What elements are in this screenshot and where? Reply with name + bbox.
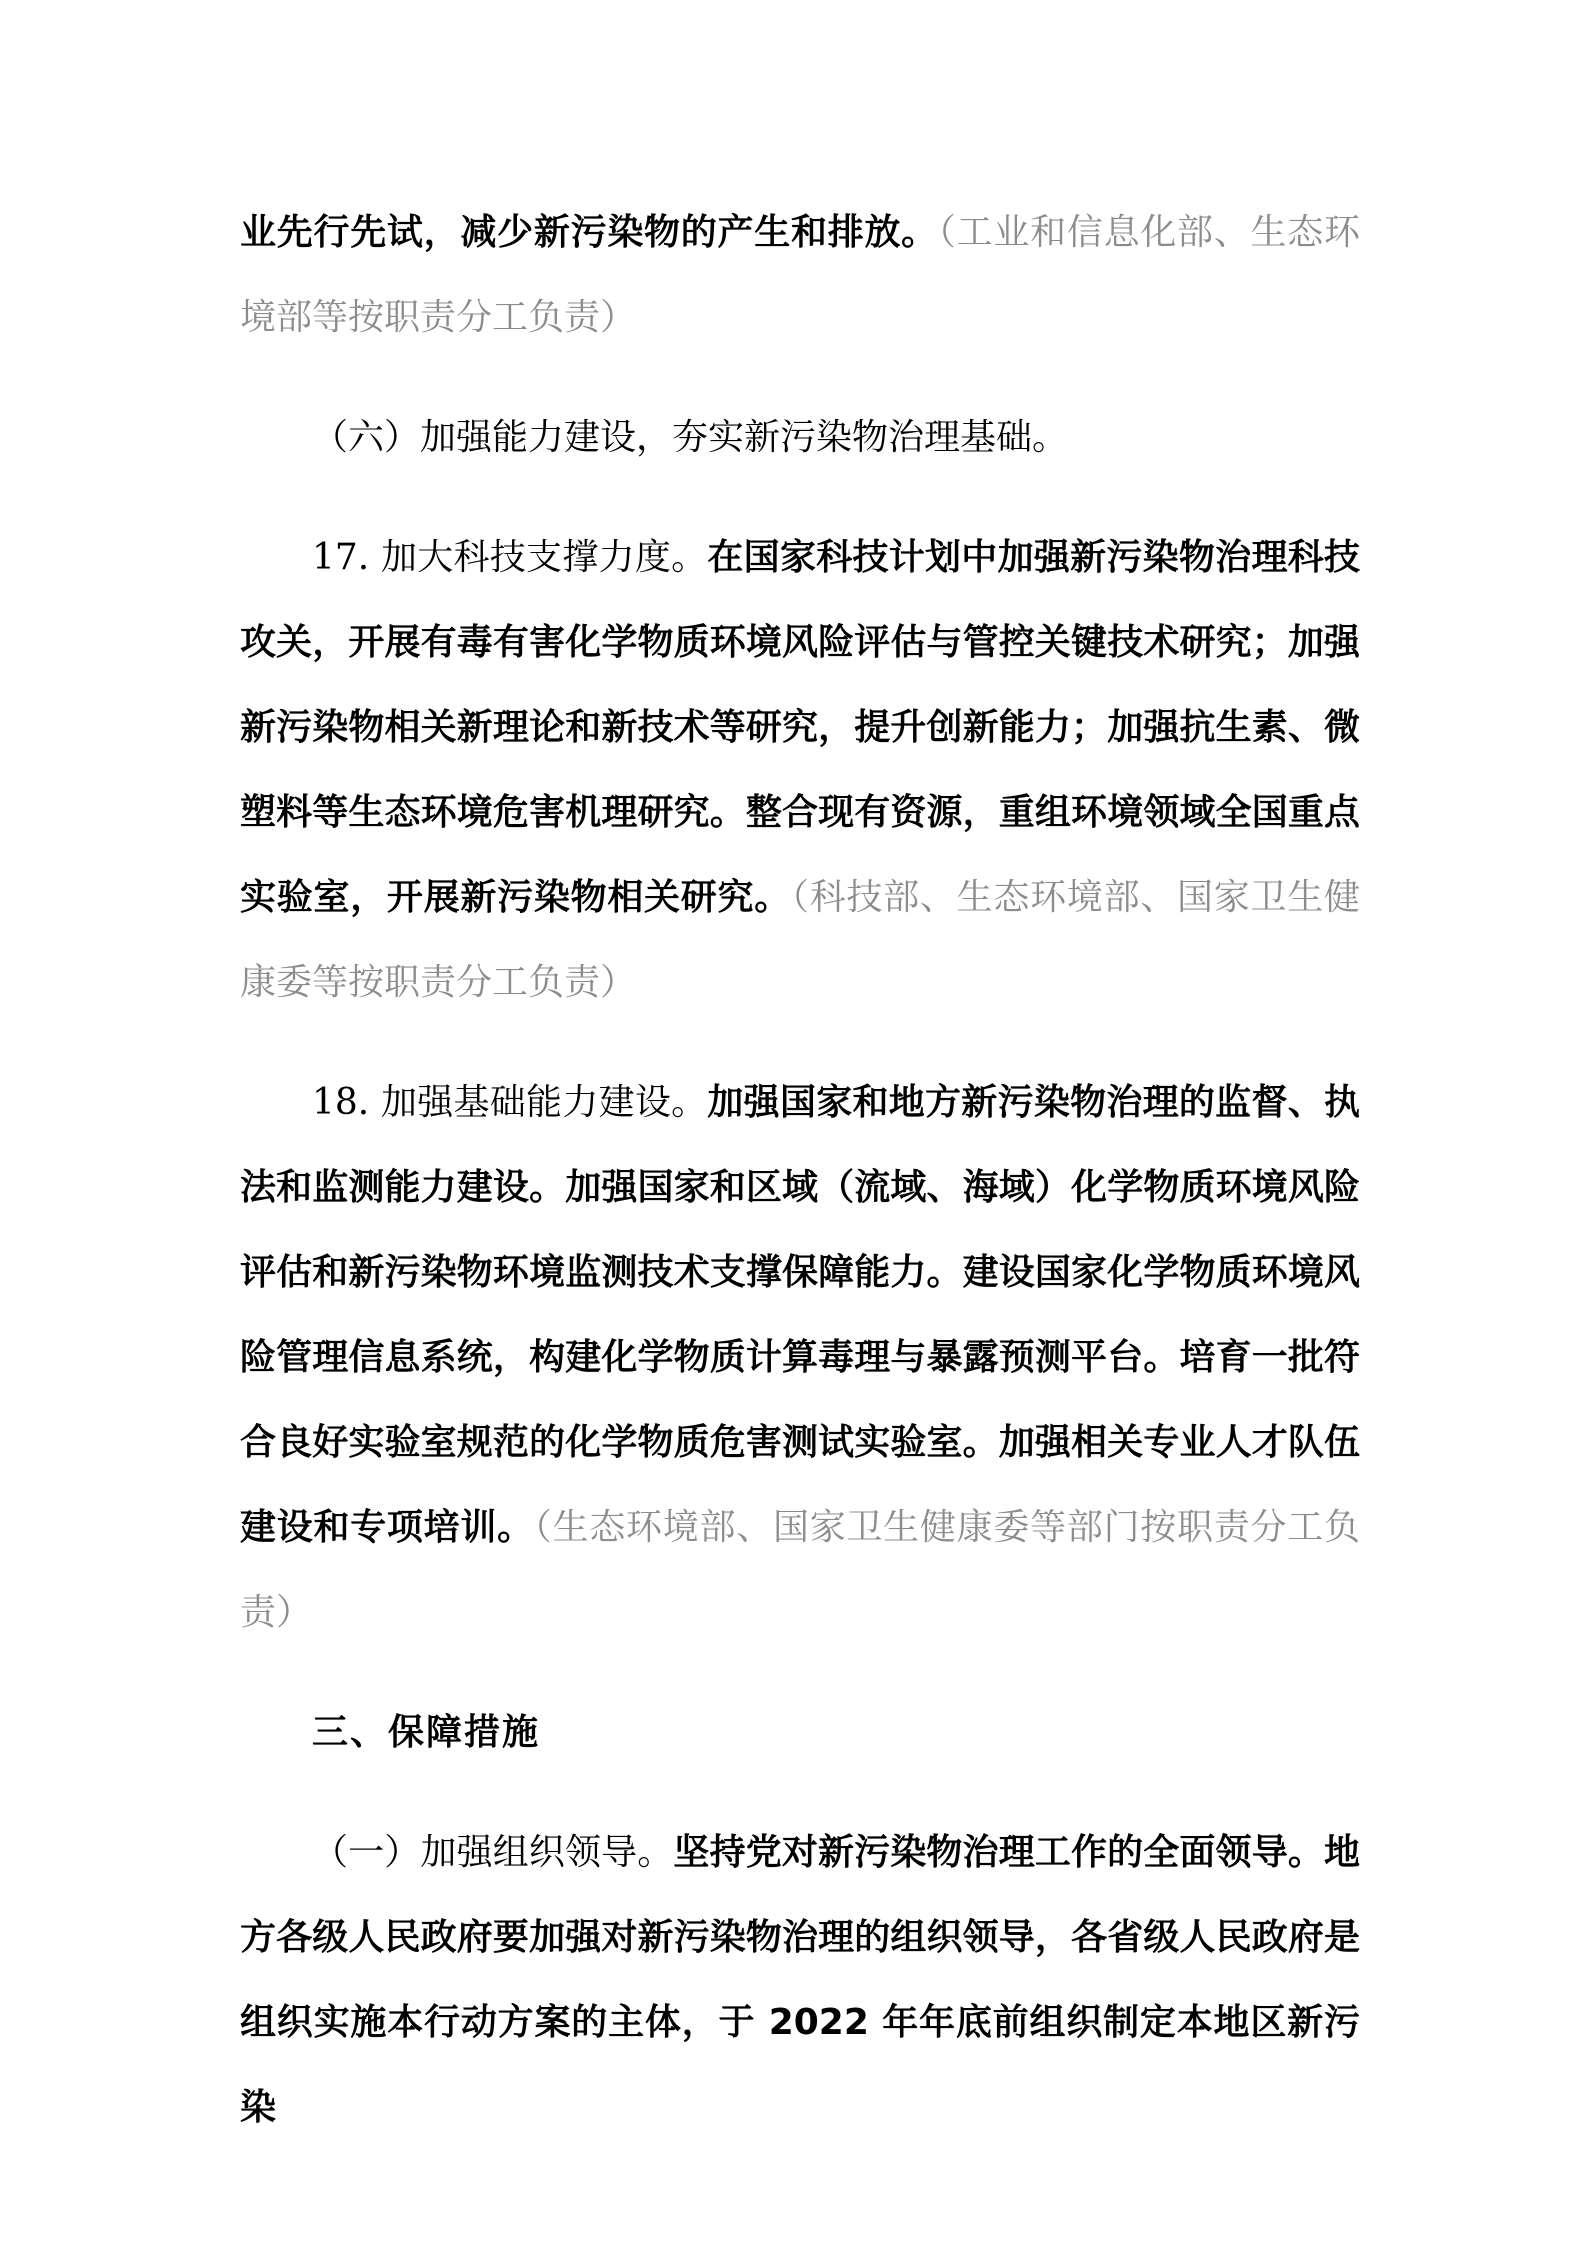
paragraph-item-18: 18. 加强基础能力建设。加强国家和地方新污染物治理的监督、执法和监测能力建设。… — [240, 1060, 1360, 1655]
paragraph-item-one: （一）加强组织领导。坚持党对新污染物治理工作的全面领导。地方各级人民政府要加强对… — [240, 1810, 1360, 2150]
item-17-body-text: 在国家科技计划中加强新污染物治理科技攻关，开展有毒有害化学物质环境风险评估与管控… — [240, 537, 1360, 918]
section-heading-text: 三、保障措施 — [312, 1712, 540, 1753]
item-17-lead-text: 17. 加大科技支撑力度。 — [312, 537, 707, 578]
section-heading-three: 三、保障措施 — [240, 1690, 1360, 1775]
document-page: 业先行先试，减少新污染物的产生和排放。（工业和信息化部、生态环境部等按职责分工负… — [0, 0, 1587, 2245]
paragraph-body-text: 业先行先试，减少新污染物的产生和排放。 — [240, 212, 938, 253]
item-18-body-text: 加强国家和地方新污染物治理的监督、执法和监测能力建设。加强国家和区域（流域、海域… — [240, 1082, 1360, 1548]
sub-section-heading-text: （六）加强能力建设，夯实新污染物治理基础。 — [312, 417, 1068, 458]
paragraph-item-17: 17. 加大科技支撑力度。在国家科技计划中加强新污染物治理科技攻关，开展有毒有害… — [240, 515, 1360, 1025]
item-one-body-text: 坚持党对新污染物治理工作的全面领导。地方各级人民政府要加强对新污染物治理的组织领… — [240, 1832, 1360, 2128]
item-one-lead-text: （一）加强组织领导。 — [312, 1832, 673, 1873]
paragraph-continuation: 业先行先试，减少新污染物的产生和排放。（工业和信息化部、生态环境部等按职责分工负… — [240, 190, 1360, 360]
item-18-lead-text: 18. 加强基础能力建设。 — [312, 1082, 707, 1123]
sub-section-heading-six: （六）加强能力建设，夯实新污染物治理基础。 — [240, 395, 1360, 480]
